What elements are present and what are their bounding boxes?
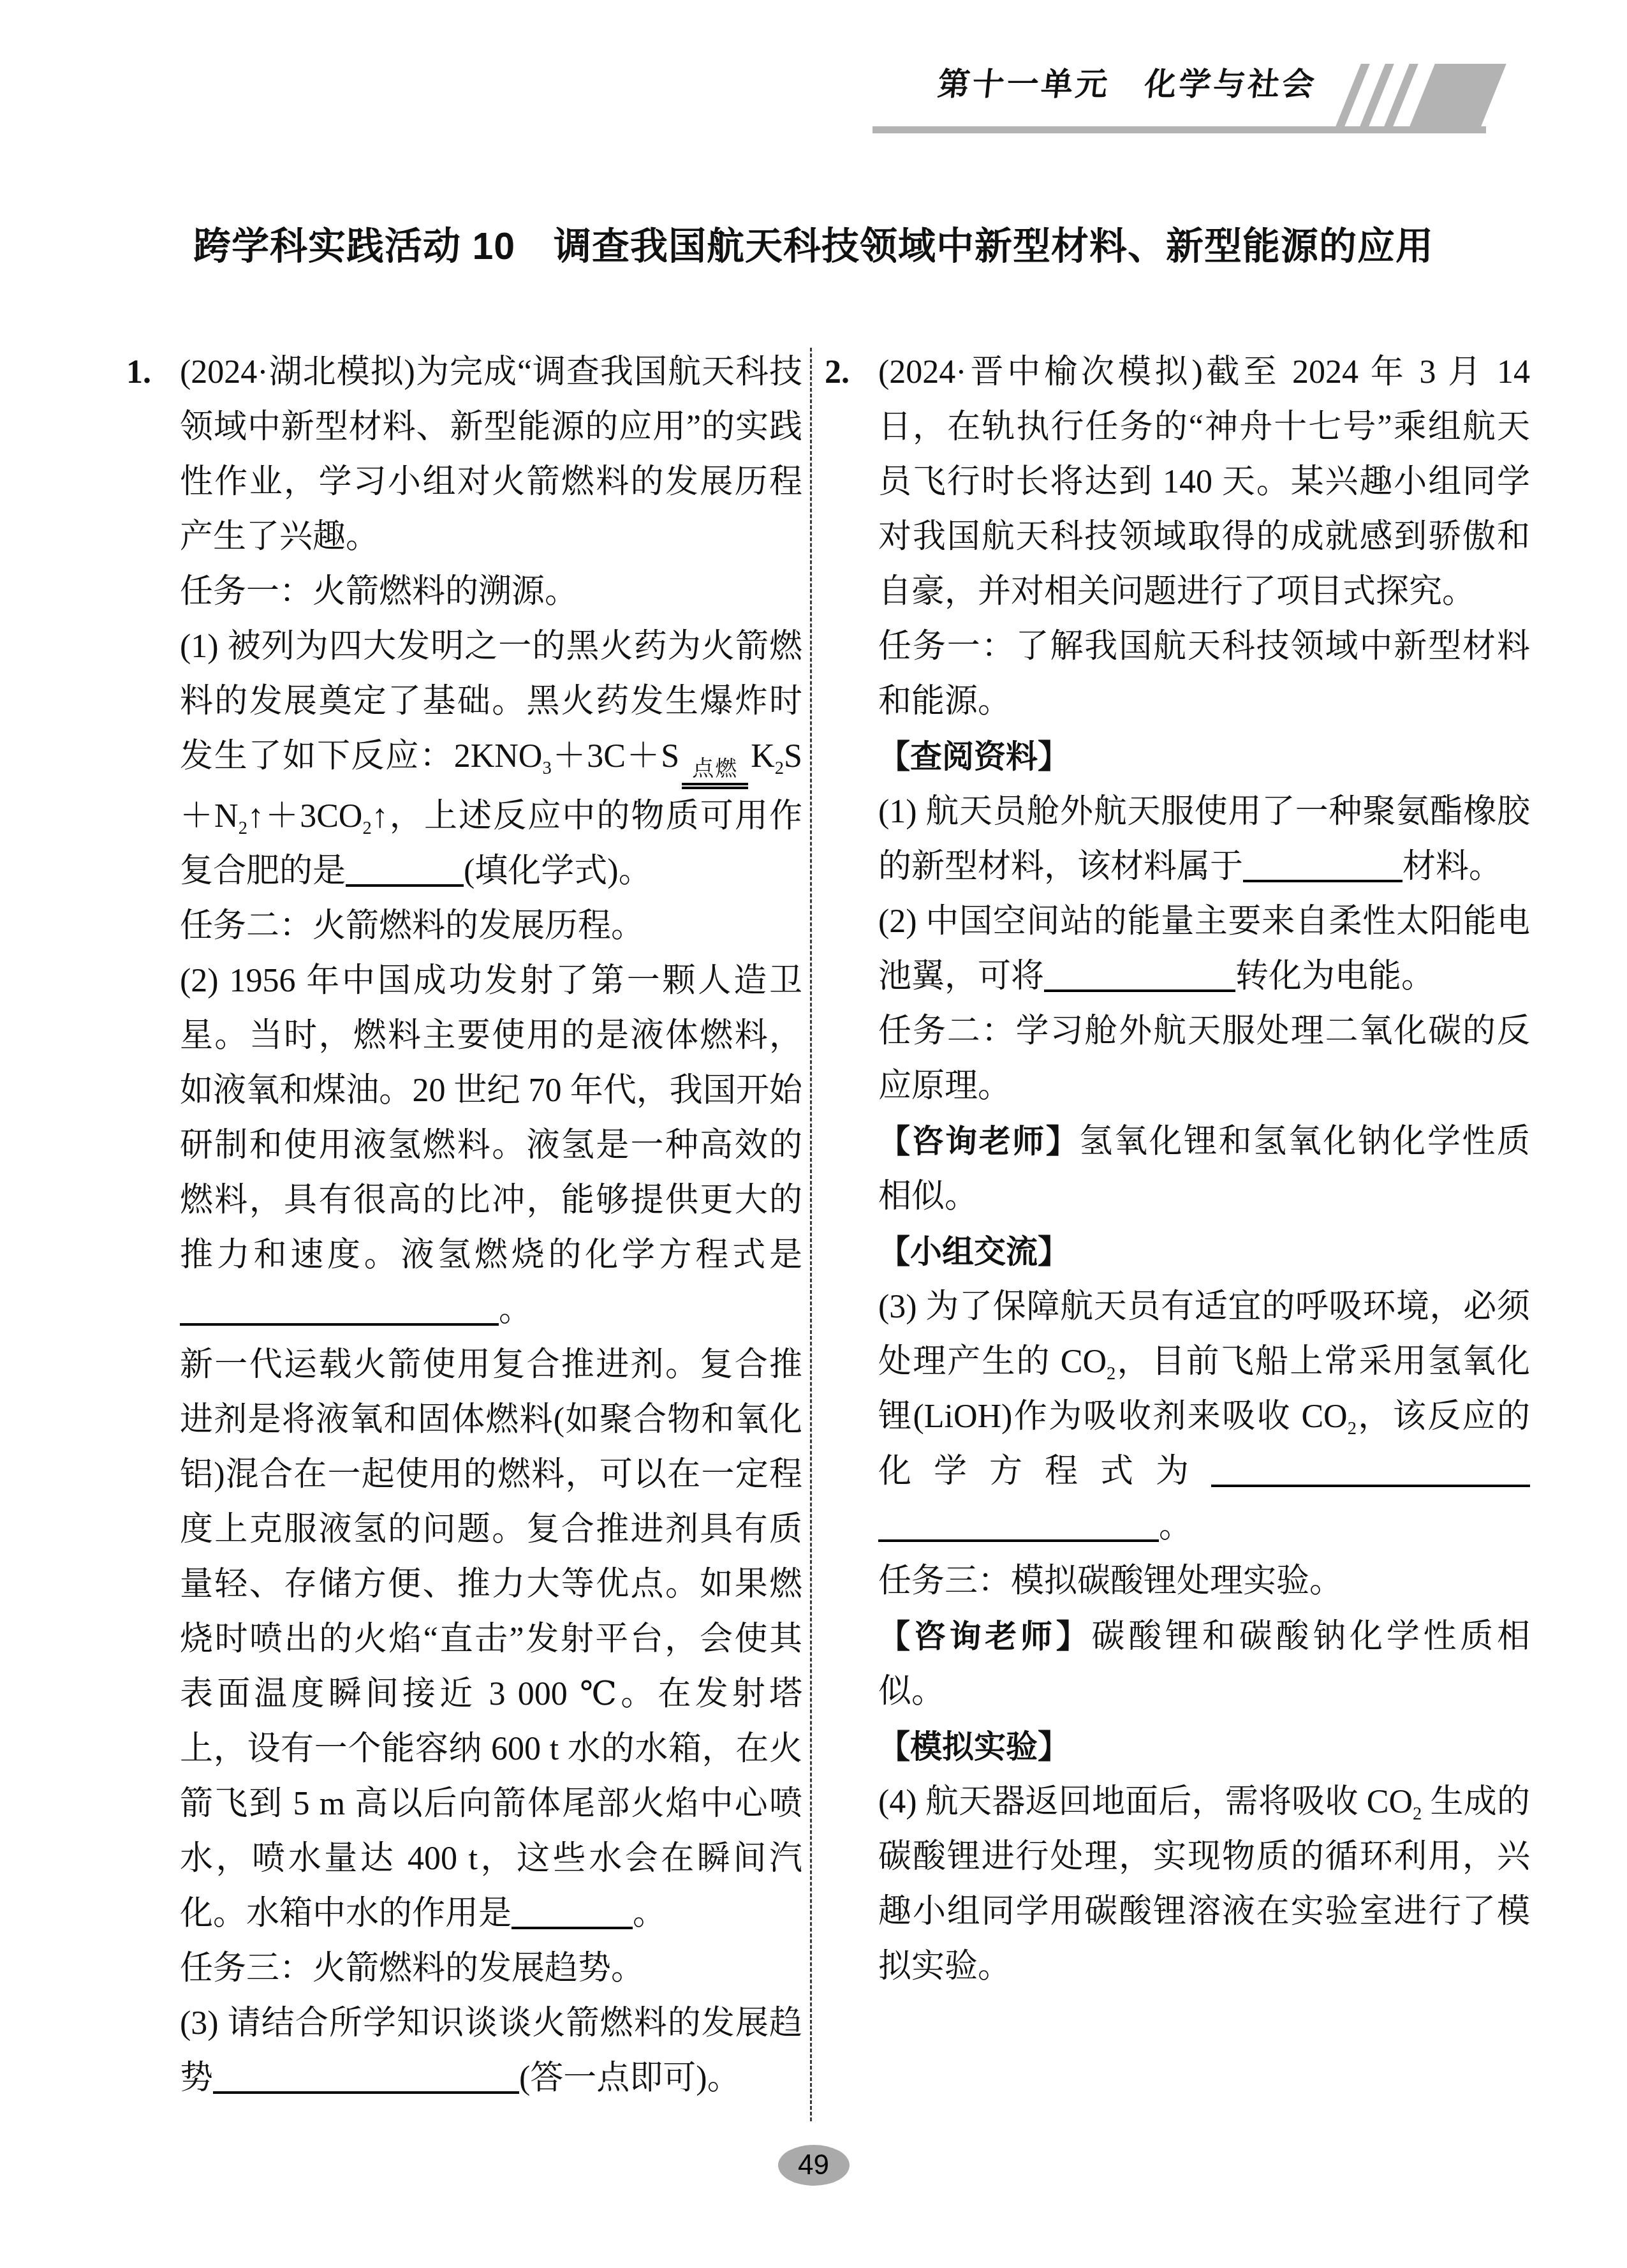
subscript: 2 [1413,1804,1422,1824]
subscript: 2 [1107,1364,1115,1384]
page-title: 跨学科实践活动 10 调查我国航天科技领域中新型材料、新型能源的应用 [57,216,1570,270]
decorative-block [1407,64,1506,133]
q2-item2: (2) 中国空间站的能量主要来自柔性太阳能电池翼，可将转化为电能。 [878,894,1530,1004]
workbook-page: 第十一单元 化学与社会 跨学科实践活动 10 调查我国航天科技领域中新型材料、新… [0,0,1627,2121]
q2-intro: (2024·晋中榆次模拟)截至 2024 年 3 月 14 日，在轨执行任务的“… [878,345,1530,619]
q2-reference-label: 【查阅资料】 [878,729,1530,785]
answer-blank [1243,845,1402,882]
q2-group-label: 【小组交流】 [878,1224,1530,1280]
q1-item1-text: (填化学式)。 [464,853,652,889]
ignite-label: 点燃 [682,759,748,780]
answer-blank [180,1288,288,1326]
q2-item3-text: 。 [1159,1508,1192,1545]
q1-item2-text: 。 [499,1292,532,1328]
q1-task1: 任务一：火箭燃料的溯源。 [180,565,802,619]
header-rule [872,126,1486,133]
bracket-label: 【咨询老师】 [878,1619,1092,1654]
q1-task3: 任务三：火箭燃料的发展趋势。 [180,1941,802,1996]
q1-item2-text: 新一代运载火箭使用复合推进剂。复合推进剂是将液氧和固体燃料(如聚合物和氧化铝)混… [180,1347,802,1932]
q2-item1-text: 材料。 [1402,849,1502,885]
unit-title: 第十一单元 化学与社会 [936,59,1320,105]
bracket-label: 【小组交流】 [878,1234,1070,1270]
q2-item4-text: (4) 航天器返回地面后，需将吸收 CO [878,1784,1413,1820]
question-1-number: 1. [126,345,180,2121]
bracket-label: 【咨询老师】 [878,1123,1079,1159]
q1-item1-text: ↑＋3CO [247,798,362,834]
q1-item1: (1) 被列为四大发明之一的黑火药为火箭燃料的发展奠定了基础。黑火药发生爆炸时发… [180,619,802,899]
q2-sim-label: 【模拟实验】 [878,1719,1530,1775]
question-2-number: 2. [825,345,878,2121]
bracket-label: 【查阅资料】 [878,739,1070,775]
subscript: 2 [239,819,247,838]
answer-blank [878,1504,1159,1542]
q2-teacher1: 【咨询老师】氢氧化锂和氢氧化钠化学性质相似。 [878,1114,1530,1224]
q2-item4: (4) 航天器返回地面后，需将吸收 CO2 生成的碳酸锂进行处理，实现物质的循环… [878,1775,1530,1994]
answer-blank [346,849,464,887]
column-divider [810,348,812,2121]
q2-item3: (3) 为了保障航天员有适宜的呼吸环境，必须处理产生的 CO2，目前飞船上常采用… [878,1280,1530,1554]
q2-task2: 任务二：学习舱外航天服处理二氧化碳的反应原理。 [878,1004,1530,1114]
subscript: 2 [1348,1419,1357,1439]
q1-item3: (3) 请结合所学知识谈谈火箭燃料的发展趋势(答一点即可)。 [180,1996,802,2106]
answer-blank [512,1892,633,1929]
q2-task3: 任务三：模拟碳酸锂处理实验。 [878,1554,1530,1609]
two-column-body: 1. (2024·湖北模拟)为完成“调查我国航天科技领域中新型材料、新型能源的应… [0,345,1627,2121]
question-1-body: (2024·湖北模拟)为完成“调查我国航天科技领域中新型材料、新型能源的应用”的… [180,345,802,2121]
page-number: 49 [798,2149,829,2181]
subscript: 2 [362,819,371,838]
q1-item2-text: 。 [633,1895,666,1932]
subscript: 3 [542,759,551,778]
answer-blank [213,2056,519,2094]
q2-item2-text: 转化为电能。 [1235,958,1434,995]
q2-teacher2: 【咨询老师】碳酸锂和碳酸钠化学性质相似。 [878,1609,1530,1719]
q1-item2-continued: 新一代运载火箭使用复合推进剂。复合推进剂是将液氧和固体燃料(如聚合物和氧化铝)混… [180,1338,802,1941]
page-number-badge: 49 [778,2145,850,2186]
double-line-icon [682,783,748,789]
q1-item2: (2) 1956 年中国成功发射了第一颗人造卫星。当时，燃料主要使用的是液体燃料… [180,954,802,1338]
q1-item2-text: (2) 1956 年中国成功发射了第一颗人造卫星。当时，燃料主要使用的是液体燃料… [180,963,802,1273]
question-2-body: (2024·晋中榆次模拟)截至 2024 年 3 月 14 日，在轨执行任务的“… [878,345,1530,2121]
q1-item1-text: ＋3C＋S [552,738,679,775]
q1-task2: 任务二：火箭燃料的发展历程。 [180,899,802,954]
q2-item1: (1) 航天员舱外航天服使用了一种聚氨酯橡胶的新型材料，该材料属于材料。 [878,785,1530,894]
subscript: 2 [775,759,784,778]
reaction-condition: 点燃 [682,759,748,789]
question-1: 1. (2024·湖北模拟)为完成“调查我国航天科技领域中新型材料、新型能源的应… [126,345,802,2121]
q2-task1: 任务一：了解我国航天科技领域中新型材料和能源。 [878,619,1530,729]
question-2: 2. (2024·晋中榆次模拟)截至 2024 年 3 月 14 日，在轨执行任… [825,345,1530,2121]
answer-blank [288,1288,499,1326]
answer-blank [1211,1449,1530,1487]
q1-item1-text: (1) 被列为四大发明之一的黑火药为火箭燃料的发展奠定了基础。黑火药发生爆炸时发… [180,628,802,775]
answer-blank [1044,954,1235,992]
q1-item3-text: (答一点即可)。 [519,2060,740,2096]
page-header: 第十一单元 化学与社会 [0,0,1627,159]
q1-item1-text: K [751,738,775,775]
q1-intro: (2024·湖北模拟)为完成“调查我国航天科技领域中新型材料、新型能源的应用”的… [180,345,802,565]
bracket-label: 【模拟实验】 [878,1729,1070,1765]
